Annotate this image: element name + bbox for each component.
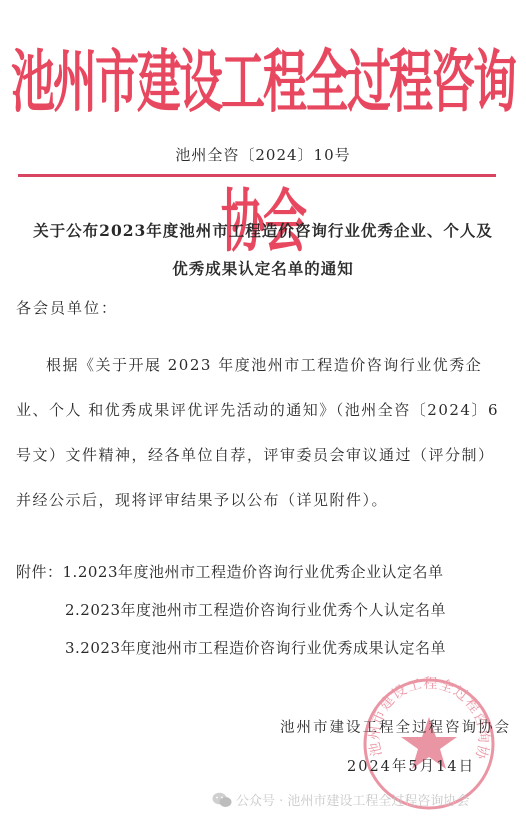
signature-date: 2024年5月14日 (347, 755, 475, 776)
attachment-item-3: 3.2023年度池州市工程造价咨询行业优秀成果认定名单 (16, 629, 446, 667)
attachments-label: 附件： (16, 563, 63, 581)
notice-body: 根据《关于开展 2023 年度池州市工程造价咨询行业优秀企业、个人 和优秀成果评… (16, 343, 510, 523)
attachment-item-2: 2.2023年度池州市工程造价咨询行业优秀个人认定名单 (16, 591, 446, 629)
notice-title: 关于公布2023年度池州市工程造价咨询行业优秀企业、个人及 优秀成果认定名单的通… (0, 212, 526, 288)
header-rule (18, 174, 496, 177)
attachment-item-1: 附件：1.2023年度池州市工程造价咨询行业优秀企业认定名单 (16, 553, 446, 591)
watermark-text: 公众号 · 池州市建设工程全过程咨询协会 (236, 790, 469, 809)
salutation: 各会员单位： (16, 297, 118, 318)
body-paragraph: 根据《关于开展 2023 年度池州市工程造价咨询行业优秀企业、个人 和优秀成果评… (16, 343, 510, 523)
wechat-icon (212, 792, 232, 808)
notice-title-line-2: 优秀成果认定名单的通知 (0, 250, 526, 288)
signature-organization: 池州市建设工程全过程咨询协会 (280, 716, 511, 737)
notice-title-line-1: 关于公布2023年度池州市工程造价咨询行业优秀企业、个人及 (0, 212, 526, 250)
wechat-watermark: 公众号 · 池州市建设工程全过程咨询协会 (212, 790, 469, 809)
attachments-list: 附件：1.2023年度池州市工程造价咨询行业优秀企业认定名单 2.2023年度池… (16, 553, 446, 667)
document-number: 池州全咨〔2024〕10号 (0, 144, 526, 165)
